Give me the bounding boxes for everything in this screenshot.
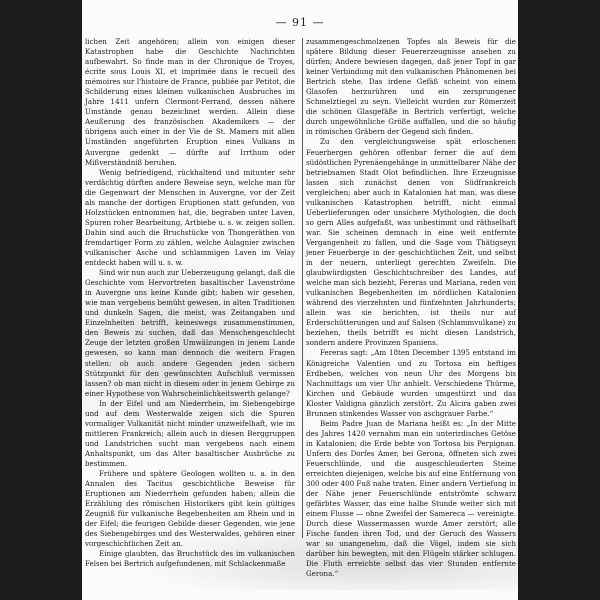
paragraph: Einige glaubten, das Bruchstück des im v… [85,549,295,569]
paragraph: zusammengeschmolzenen Topfes als Beweis … [306,37,516,137]
paragraph: Frühere und spätere Geologen wollten u. … [85,469,295,549]
book-page: — 91 — lichen Zeit angehören; allein von… [82,0,518,600]
paragraph: Sind wir nun auch zur Ueberzeugung gelan… [85,268,295,399]
paragraph: Zu den vergleichungsweise spät erloschen… [306,137,516,348]
left-column: lichen Zeit angehören; allein von einige… [85,37,295,569]
paragraph: In der Eifel und am Niederrhein, im Sieb… [85,399,295,469]
paragraph: Beim Padre Juan de Mariana heißt es: „In… [306,419,516,580]
paragraph: Fereras sagt: „Am 18ten December 1395 en… [306,348,516,418]
right-column: zusammengeschmolzenen Topfes als Beweis … [306,37,516,580]
column-divider [302,38,303,538]
paragraph: lichen Zeit angehören; allein von einige… [85,37,295,168]
page-number: — 91 — [82,16,518,29]
paragraph: Wenig befriedigend, rückhaltend und mitu… [85,168,295,268]
